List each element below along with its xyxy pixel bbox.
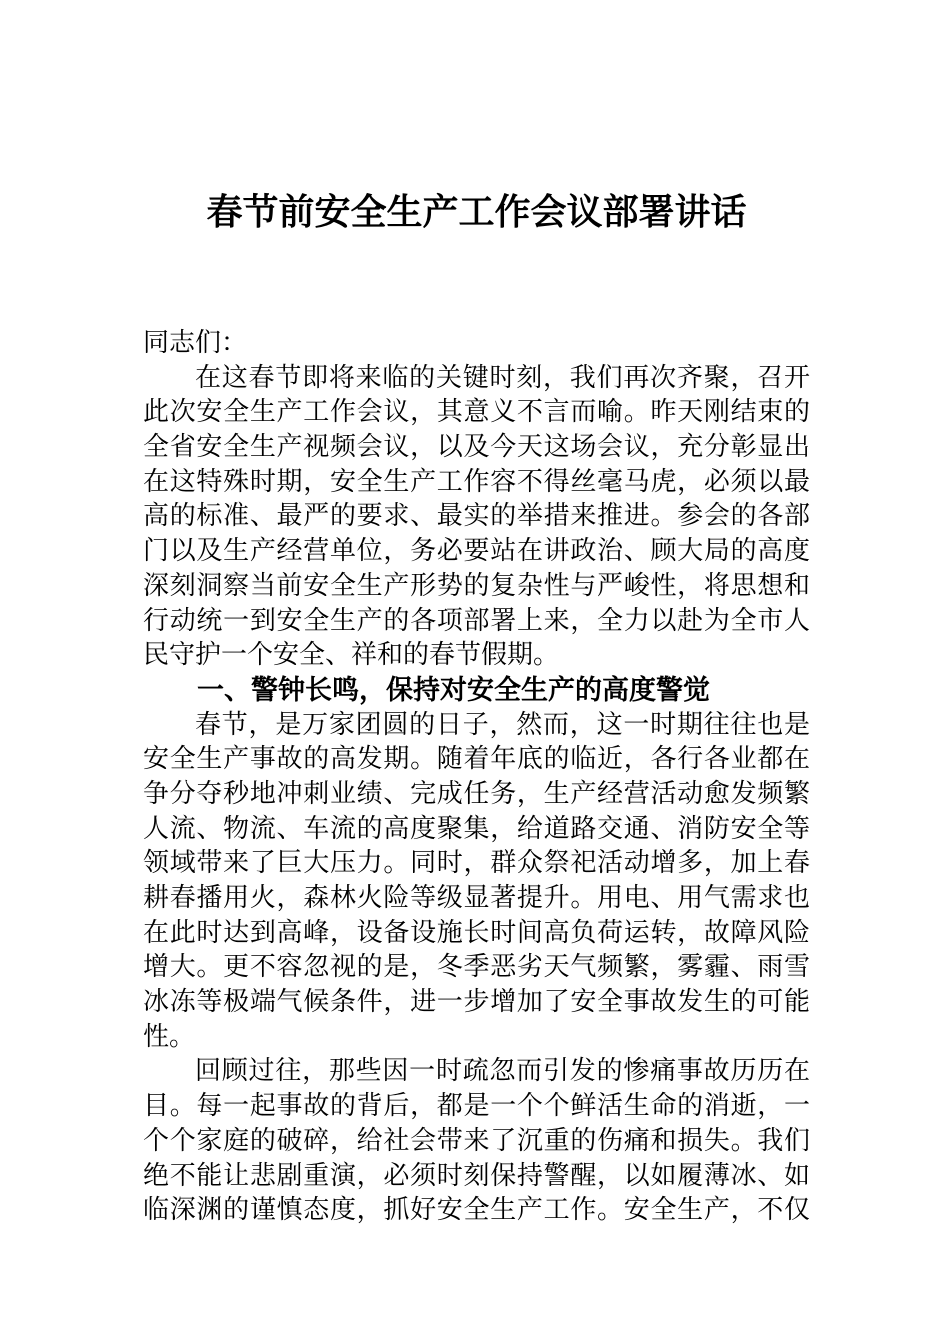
text-line: 高的标准、最严的要求、最实的举措来推进。参会的各部	[143, 499, 810, 534]
paragraph-body: 回顾过往，那些因一时疏忽而引发的惨痛事故历历在目。每一起事故的背后，都是一个个鲜…	[143, 1054, 810, 1227]
text-line: 个个家庭的破碎，给社会带来了沉重的伤痛和损失。我们	[143, 1124, 810, 1159]
paragraph-heading: 一、警钟长鸣，保持对安全生产的高度警觉	[143, 673, 810, 708]
text-line: 安全生产事故的高发期。随着年底的临近，各行各业都在	[143, 742, 810, 777]
text-line: 此次安全生产工作会议，其意义不言而喻。昨天刚结束的	[143, 395, 810, 430]
text-line: 临深渊的谨慎态度，抓好安全生产工作。安全生产，不仅	[143, 1193, 810, 1228]
document-title: 春节前安全生产工作会议部署讲话	[143, 190, 810, 234]
text-line: 性。	[143, 1020, 810, 1055]
text-line: 一、警钟长鸣，保持对安全生产的高度警觉	[143, 673, 810, 708]
text-line: 绝不能让悲剧重演，必须时刻保持警醒，以如履薄冰、如	[143, 1159, 810, 1194]
text-line: 在这特殊时期，安全生产工作容不得丝毫马虎，必须以最	[143, 465, 810, 500]
paragraph-body: 春节，是万家团圆的日子，然而，这一时期往往也是安全生产事故的高发期。随着年底的临…	[143, 708, 810, 1055]
text-line: 民守护一个安全、祥和的春节假期。	[143, 638, 810, 673]
text-line: 门以及生产经营单位，务必要站在讲政治、顾大局的高度	[143, 534, 810, 569]
text-line: 领域带来了巨大压力。同时，群众祭祀活动增多，加上春	[143, 846, 810, 881]
text-line: 回顾过往，那些因一时疏忽而引发的惨痛事故历历在	[143, 1054, 810, 1089]
text-line: 深刻洞察当前安全生产形势的复杂性与严峻性，将思想和	[143, 569, 810, 604]
text-line: 人流、物流、车流的高度聚集，给道路交通、消防安全等	[143, 812, 810, 847]
text-line: 行动统一到安全生产的各项部署上来，全力以赴为全市人	[143, 604, 810, 639]
text-line: 全省安全生产视频会议，以及今天这场会议，充分彰显出	[143, 430, 810, 465]
text-line: 增大。更不容忽视的是，冬季恶劣天气频繁，雾霾、雨雪	[143, 950, 810, 985]
paragraph-body: 在这春节即将来临的关键时刻，我们再次齐聚，召开此次安全生产工作会议，其意义不言而…	[143, 361, 810, 673]
text-line: 同志们：	[143, 326, 810, 361]
document-body: 同志们：在这春节即将来临的关键时刻，我们再次齐聚，召开此次安全生产工作会议，其意…	[143, 326, 810, 1228]
text-line: 耕春播用火，森林火险等级显著提升。用电、用气需求也	[143, 881, 810, 916]
text-line: 争分夺秒地冲刺业绩、完成任务，生产经营活动愈发频繁	[143, 777, 810, 812]
paragraph-salutation: 同志们：	[143, 326, 810, 361]
text-line: 春节，是万家团圆的日子，然而，这一时期往往也是	[143, 708, 810, 743]
document-page: 春节前安全生产工作会议部署讲话 同志们：在这春节即将来临的关键时刻，我们再次齐聚…	[0, 0, 950, 1344]
text-line: 在这春节即将来临的关键时刻，我们再次齐聚，召开	[143, 361, 810, 396]
text-line: 在此时达到高峰，设备设施长时间高负荷运转，故障风险	[143, 916, 810, 951]
text-line: 冰冻等极端气候条件，进一步增加了安全事故发生的可能	[143, 985, 810, 1020]
text-line: 目。每一起事故的背后，都是一个个鲜活生命的消逝，一	[143, 1089, 810, 1124]
